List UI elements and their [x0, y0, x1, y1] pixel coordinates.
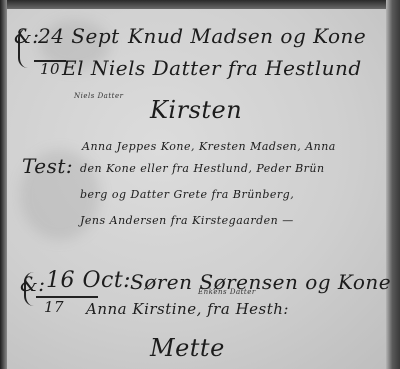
register-page: &: 24 Sept 10 Knud Madsen og Kone El Nie…: [0, 0, 400, 369]
parents-line-1: Søren Sørensen og Kone: [130, 270, 391, 294]
entry-date-extra: 17: [44, 298, 64, 316]
child-name: Kirsten: [150, 96, 242, 124]
page-right-edge: [386, 0, 400, 369]
entry-date: 24 Sept: [38, 24, 120, 48]
page-left-edge: [0, 0, 7, 369]
entry-marker: &:: [20, 272, 46, 296]
parents-line-2: El Niels Datter fra Hestlund: [62, 56, 362, 80]
parents-line-1: Knud Madsen og Kone: [128, 24, 366, 48]
child-name: Mette: [150, 334, 225, 362]
witness-line: Jens Andersen fra Kirstegaarden —: [80, 214, 294, 227]
note-small: Enkens Datter: [198, 288, 256, 296]
witness-line: Anna Jeppes Kone, Kresten Madsen, Anna: [82, 140, 336, 153]
note-small: Niels Datter: [74, 92, 123, 100]
witness-line: den Kone eller fra Hestlund, Peder Brün: [80, 162, 325, 175]
witness-line: berg og Datter Grete fra Brünberg,: [80, 188, 294, 201]
entry-date: 16 Oct:: [46, 268, 131, 293]
entry-date-extra: 10: [40, 60, 60, 78]
witnesses-label: Test:: [22, 154, 73, 178]
page-top-edge: [0, 0, 400, 9]
entry-marker: &:: [14, 24, 40, 48]
parents-line-2: Anna Kirstine, fra Hesth:: [86, 300, 289, 318]
